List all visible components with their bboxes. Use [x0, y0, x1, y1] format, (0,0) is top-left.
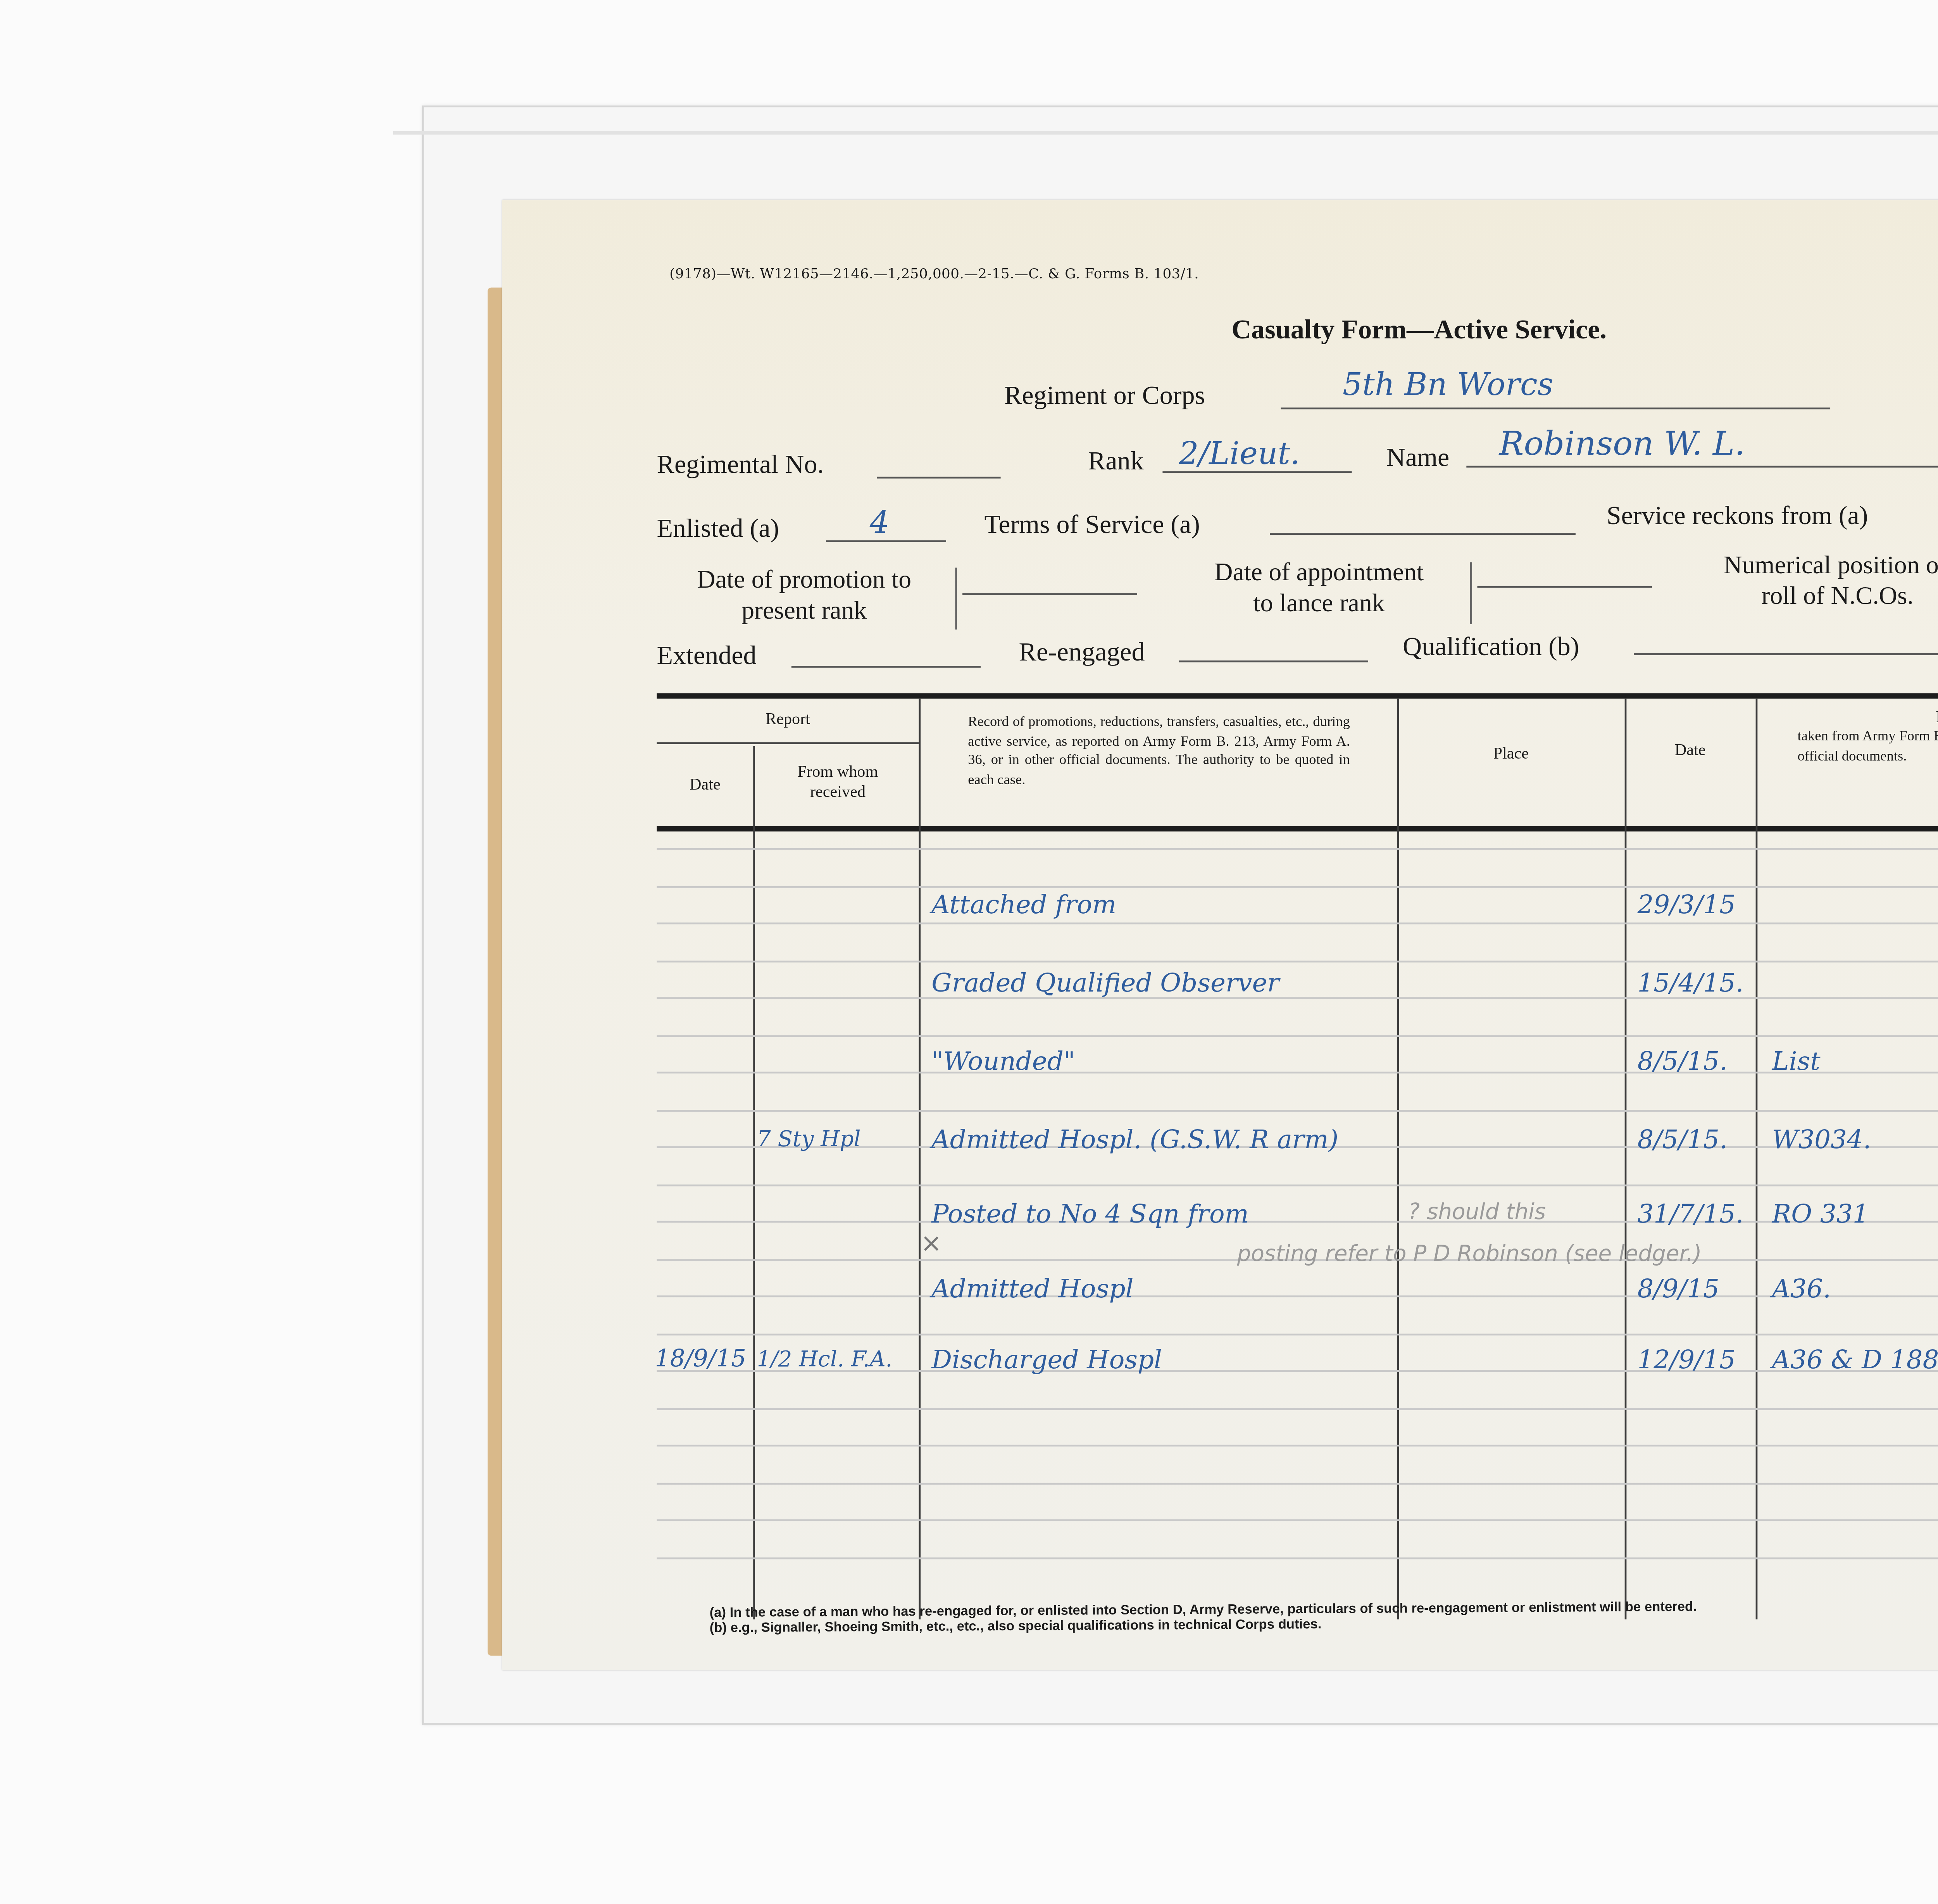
row4-from-whom: 7 Sty Hpl — [757, 1126, 861, 1152]
promotion-label-line1: Date of promotion to — [657, 566, 951, 597]
regiment-value: 5th Bn Worcs — [1343, 367, 1553, 404]
header-remarks: Remarks taken from Army Form B. 213, Arm… — [1798, 708, 1938, 766]
ruled-line — [657, 1482, 1938, 1484]
service-reckons-label: Service reckons from (a) — [1607, 502, 1868, 533]
ruled-line — [657, 997, 1938, 999]
col-divider — [753, 746, 755, 1619]
row3-date: 8/5/15. — [1638, 1048, 1728, 1077]
sleeve-edge — [393, 131, 1938, 135]
ruled-line — [657, 885, 1938, 887]
form-title: Casualty Form—Active Service. — [502, 317, 1938, 348]
row6-record: Admitted Hospl — [931, 1275, 1133, 1304]
row7-report-date: 18/9/15 — [655, 1346, 746, 1373]
lance-label-line1: Date of appointment — [1172, 559, 1466, 590]
row6-date: 8/9/15 — [1638, 1275, 1720, 1304]
report-subrule — [657, 742, 919, 744]
name-label: Name — [1386, 444, 1450, 475]
row7-date: 12/9/15 — [1638, 1346, 1736, 1375]
row5-remarks: RO 331 — [1772, 1201, 1869, 1230]
header-date: Date — [1625, 740, 1756, 761]
reengaged-label: Re-engaged — [1019, 639, 1145, 670]
row7-record: Discharged Hospl — [931, 1346, 1162, 1375]
row3-record: "Wounded" — [931, 1048, 1075, 1077]
regimental-no-line — [877, 477, 1000, 479]
header-from-whom-line2: received — [757, 782, 919, 802]
header-report: Report — [657, 710, 919, 730]
ruled-line — [657, 848, 1938, 850]
ruled-line — [657, 1109, 1938, 1111]
row3-remarks: List — [1772, 1048, 1821, 1077]
col-divider — [1397, 698, 1399, 1619]
header-remarks-title: Remarks — [1798, 708, 1938, 728]
terms-line — [1270, 533, 1576, 535]
brace — [1470, 562, 1472, 624]
extended-label: Extended — [657, 642, 756, 673]
pencil-cross-mark: × — [921, 1230, 942, 1259]
promotion-label: Date of promotion to present rank — [657, 566, 951, 628]
ruled-line — [657, 1333, 1938, 1335]
regiment-line — [1281, 407, 1831, 409]
qualification-label: Qualification (b) — [1403, 633, 1579, 664]
regiment-label: Regiment or Corps — [1004, 382, 1205, 413]
row1-record: Attached from — [931, 892, 1116, 921]
row7-from-whom: 1/2 Hcl. F.A. — [757, 1346, 893, 1372]
pencil-note-posting: posting refer to P D Robinson (see ledge… — [1237, 1241, 1702, 1266]
lance-label-line2: to lance rank — [1172, 590, 1466, 621]
header-record: Record of promotions, reductions, transf… — [968, 713, 1350, 790]
lance-line — [1477, 586, 1652, 588]
ruled-line — [657, 1183, 1938, 1185]
col-divider — [1625, 698, 1627, 1619]
promotion-line — [962, 593, 1137, 595]
terms-label: Terms of Service (a) — [984, 511, 1200, 542]
ruled-line — [657, 1519, 1938, 1521]
lance-label: Date of appointment to lance rank — [1172, 559, 1466, 621]
row5-date: 31/7/15. — [1638, 1201, 1744, 1230]
numerical-label: Numerical position on roll of N.C.Os. — [1681, 551, 1938, 613]
pencil-note-query: ? should this — [1408, 1199, 1546, 1224]
table-top-rule — [657, 693, 1938, 698]
numerical-label-line2: roll of N.C.Os. — [1681, 582, 1938, 613]
scan-stage: (9178)—Wt. W12165—2146.—1,250,000.—2-15.… — [0, 0, 1938, 1903]
footnote-b: (b) e.g., Signaller, Shoeing Smith, etc.… — [710, 1616, 1322, 1636]
ruled-line — [657, 1072, 1938, 1074]
header-place: Place — [1397, 744, 1625, 764]
promotion-label-line2: present rank — [657, 597, 951, 628]
casualty-form-page: (9178)—Wt. W12165—2146.—1,250,000.—2-15.… — [502, 200, 1938, 1670]
ruled-line — [657, 923, 1938, 924]
reengaged-line — [1179, 661, 1368, 662]
name-line — [1466, 466, 1938, 468]
row7-remarks: A36 & D 1887 — [1772, 1346, 1938, 1375]
row5-record: Posted to No 4 Sqn from — [931, 1201, 1249, 1230]
extended-line — [791, 666, 981, 668]
rank-value: 2/Lieut. — [1179, 437, 1300, 473]
col-divider — [1756, 698, 1758, 1619]
row2-date: 15/4/15. — [1638, 970, 1744, 999]
ruled-line — [657, 1557, 1938, 1559]
brace — [955, 567, 957, 629]
row2-record: Graded Qualified Observer — [931, 970, 1279, 999]
numerical-label-line1: Numerical position on — [1681, 551, 1938, 582]
ruled-line — [657, 1407, 1938, 1409]
header-report-date: Date — [657, 775, 753, 795]
qualification-line — [1634, 653, 1938, 655]
header-from-whom-line1: From whom — [757, 762, 919, 783]
enlisted-value: 4 — [870, 506, 890, 542]
ruled-line — [657, 1221, 1938, 1223]
print-line: (9178)—Wt. W12165—2146.—1,250,000.—2-15.… — [669, 266, 1199, 282]
ruled-line — [657, 1445, 1938, 1447]
ruled-line — [657, 1034, 1938, 1036]
table-header-rule — [657, 826, 1938, 831]
enlisted-label: Enlisted (a) — [657, 515, 779, 546]
row4-record: Admitted Hospl. (G.S.W. R arm) — [931, 1126, 1338, 1156]
row1-date: 29/3/15 — [1638, 892, 1736, 921]
ruled-line — [657, 1295, 1938, 1297]
name-value: Robinson W. L. — [1499, 426, 1745, 464]
row4-remarks: W3034. — [1772, 1126, 1871, 1156]
col-divider — [919, 698, 921, 1619]
row4-date: 8/5/15. — [1638, 1126, 1728, 1156]
regimental-no-label: Regimental No. — [657, 451, 824, 482]
rank-label: Rank — [1088, 448, 1144, 479]
ruled-line — [657, 960, 1938, 962]
header-remarks-detail: taken from Army Form B. 213, Army Form A… — [1798, 728, 1938, 766]
row6-remarks: A36. — [1772, 1275, 1831, 1304]
header-from-whom: From whom received — [757, 762, 919, 802]
